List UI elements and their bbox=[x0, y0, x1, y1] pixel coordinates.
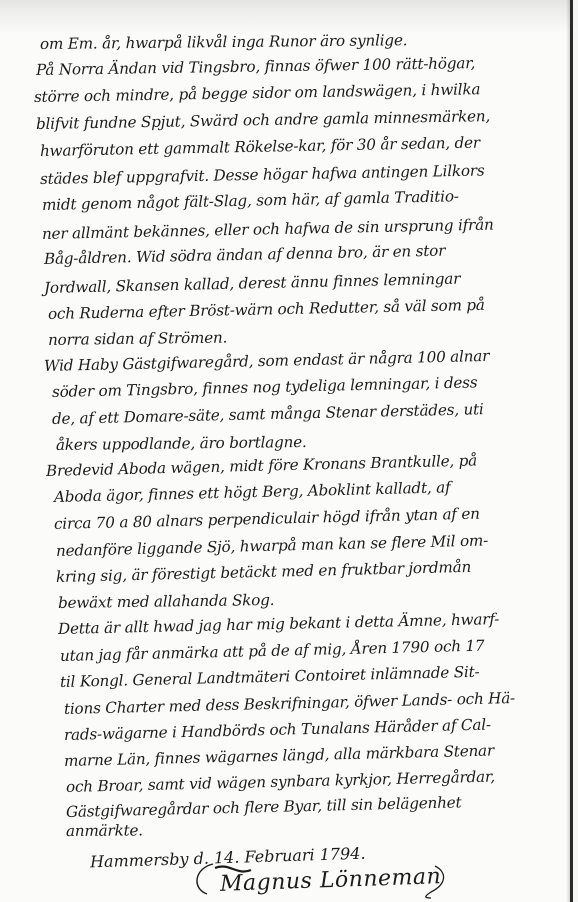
manuscript-page: om Em. år, hwarpå likvål inga Runor äro … bbox=[0, 0, 578, 902]
text-line: marne Län, finnes wägarnes längd, alla m… bbox=[64, 741, 494, 770]
text-line: blifvit fundne Spjut, Swärd och andre ga… bbox=[36, 107, 490, 133]
text-line: Båg-åldren. Wid södra ändan af denna bro… bbox=[44, 242, 446, 268]
text-line: de, af ett Domare-säte, samt många Stena… bbox=[52, 400, 484, 428]
text-line: Wid Haby Gästgifwaregård, som endast är … bbox=[44, 347, 490, 375]
text-line: söder om Tingsbro, finnes nog tydeliga l… bbox=[52, 373, 478, 401]
text-line: ner allmänt bekännes, eller och hafwa de… bbox=[42, 216, 494, 243]
text-line: tions Charter med dess Beskrifningar, öf… bbox=[64, 689, 515, 718]
text-line: circa 70 a 80 alnars perpendiculair högd… bbox=[54, 505, 480, 533]
text-line: och Ruderna efter Bröst-wärn och Redutte… bbox=[48, 296, 485, 323]
paper-discoloration bbox=[0, 0, 578, 34]
text-line: nedanföre liggande Sjö, hwarpå man kan s… bbox=[56, 531, 488, 560]
text-line: Bredevid Aboda wägen, midt före Kronans … bbox=[46, 451, 477, 480]
text-line: åkers uppodlande, äro bortlagne. bbox=[56, 433, 307, 454]
text-line: midt genom något fält-Slag, som här, af … bbox=[42, 187, 459, 214]
text-line: Detta är allt hwad jag har mig bekant i … bbox=[58, 610, 499, 638]
text-line: På Norra Ändan vid Tingsbro, finnas öfwe… bbox=[36, 54, 475, 79]
text-line: Gästgifwaregårdar och flere Byar, till s… bbox=[66, 793, 462, 821]
text-line: norra sidan af Strömen. bbox=[48, 328, 227, 349]
text-line: Aboda ägor, finnes ett högt Berg, Abokli… bbox=[54, 478, 451, 506]
text-line: Jordwall, Skansen kallad, derest ännu fi… bbox=[44, 270, 461, 297]
text-line: bewäxt med allahanda Skog. bbox=[58, 591, 275, 612]
text-line: til Kongl. General Landtmäteri Contoiret… bbox=[60, 663, 480, 691]
text-line: kring sig, är förestigt betäckt med en f… bbox=[56, 558, 472, 586]
text-line: anmärkte. bbox=[66, 821, 143, 840]
text-line: om Em. år, hwarpå likvål inga Runor äro … bbox=[40, 31, 407, 53]
text-line: utan jag får anmärka att på de af mig, Å… bbox=[60, 637, 485, 665]
text-line: hwarföruton ett gammalt Rökelse-kar, för… bbox=[40, 134, 480, 160]
signature-flourish-icon bbox=[185, 858, 485, 902]
text-line: större och mindre, på begge sidor om lan… bbox=[34, 80, 481, 106]
page-edge bbox=[573, 0, 578, 902]
text-line: rads-wägarne i Handbörds och Tunalans Hä… bbox=[64, 716, 491, 744]
text-line: städes blef uppgrafvit. Desse högar hafw… bbox=[40, 161, 485, 188]
text-line: och Broar, samt vid wägen synbara kyrkjo… bbox=[66, 768, 495, 796]
